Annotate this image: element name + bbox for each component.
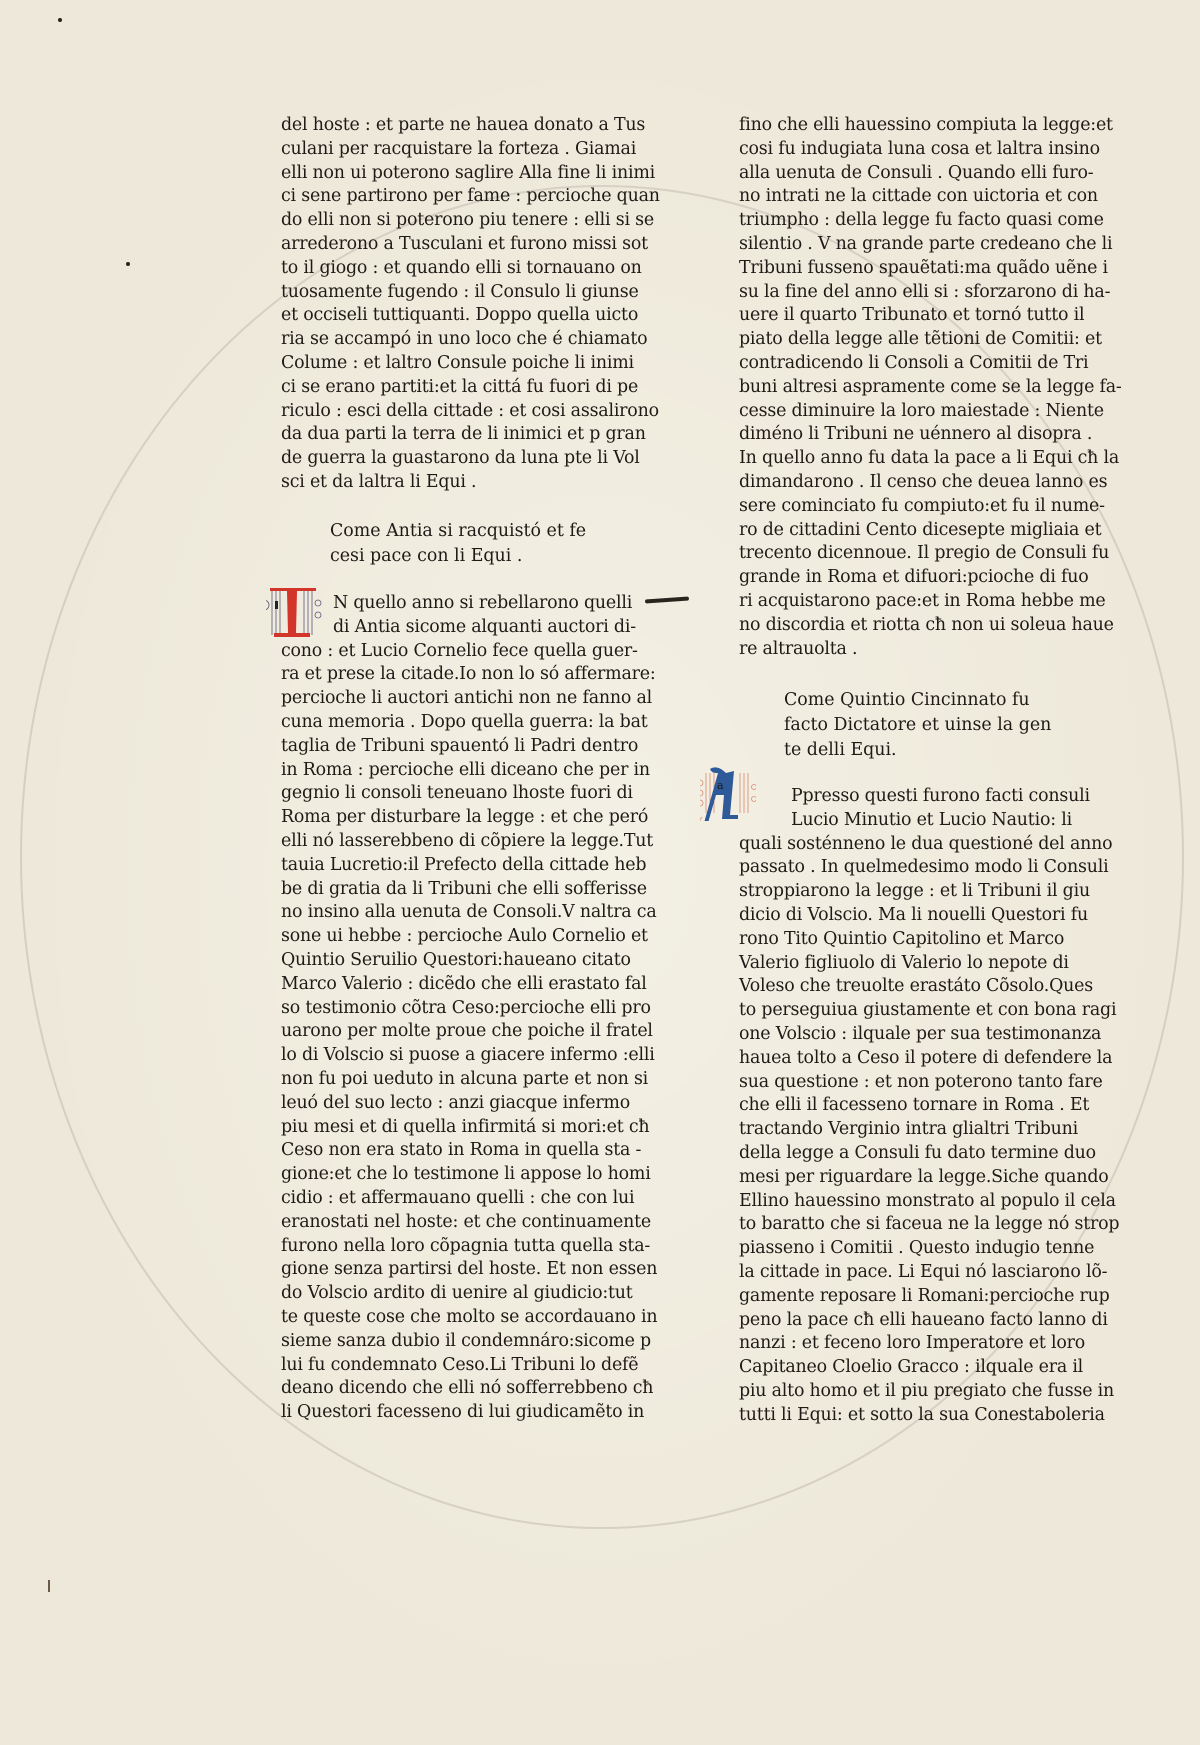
text-line: cesse diminuire la loro maiestade : Nien… — [739, 400, 1091, 424]
text-line: so testimonio cõtra Ceso:percioche elli … — [281, 997, 633, 1021]
text-line: Ellino hauessino monstrato al populo il … — [739, 1190, 1091, 1214]
text-line: lo di Volscio si puose a giacere infermo… — [281, 1044, 633, 1068]
text-line: gione:et che lo testimone li appose lo h… — [281, 1163, 633, 1187]
text-line: leuó del suo lecto : anzi giacque inferm… — [281, 1092, 633, 1116]
text-line: Quintio Seruilio Questori:haueano citato — [281, 949, 633, 973]
text-line: Marco Valerio : dicẽdo che elli erastato… — [281, 973, 633, 997]
right-chapter-heading: Come Quintio Cincinnato fufacto Dictator… — [784, 688, 1051, 763]
text-line: Voleso che treuolte erastáto Cõsolo.Ques — [739, 975, 1091, 999]
text-line: buni altresi aspramente come se la legge… — [739, 376, 1091, 400]
text-line: deano dicendo che elli nó sofferrebbeno … — [281, 1377, 633, 1401]
text-line: grande in Roma et difuori:pcioche di fuo — [739, 566, 1091, 590]
text-line: taglia de Tribuni spauentó li Padri dent… — [281, 735, 633, 759]
text-line: alla uenuta de Consuli . Quando elli fur… — [739, 162, 1091, 186]
text-line: stroppiarono la legge : et li Tribuni il… — [739, 880, 1091, 904]
text-line: piato della legge alle tẽtioni de Comiti… — [739, 328, 1091, 352]
text-line: et occiseli tuttiquanti. Doppo quella ui… — [281, 304, 633, 328]
text-line: do Volscio ardito di uenire al giudicio:… — [281, 1282, 633, 1306]
text-line: cuna memoria . Dopo quella guerra: la ba… — [281, 711, 633, 735]
ink-speck — [126, 262, 130, 266]
text-line: tuosamente fugendo : il Consulo li giuns… — [281, 281, 633, 305]
text-line: uarono per molte proue che poiche il fra… — [281, 1020, 633, 1044]
text-line: cesi pace con li Equi . — [330, 544, 586, 569]
text-line: cosi fu indugiata luna cosa et laltra in… — [739, 138, 1091, 162]
text-line: re altrauolta . — [739, 638, 1091, 662]
text-line: elli nó lasserebbeno di cõpiere la legge… — [281, 830, 633, 854]
text-line: sua questione : et non poterono tanto fa… — [739, 1071, 1091, 1095]
left-column-paragraph-2: N quello anno si rebellarono quellidi An… — [281, 592, 633, 1425]
text-line: Capitaneo Cloelio Gracco : ilquale era i… — [739, 1356, 1091, 1380]
text-line: la cittade in pace. Li Equi nó lasciaron… — [739, 1261, 1091, 1285]
text-line: contradicendo li Consoli a Comitii de Tr… — [739, 352, 1091, 376]
text-line: su la fine del anno elli si : sforzarono… — [739, 281, 1091, 305]
right-column-paragraph-1: fino che elli hauessino compiuta la legg… — [739, 114, 1091, 661]
text-line: to baratto che si faceua ne la legge nó … — [739, 1213, 1091, 1237]
text-line: be di gratia da li Tribuni che elli soff… — [281, 878, 633, 902]
text-line: facto Dictatore et uinse la gen — [784, 713, 1051, 738]
left-chapter-heading: Come Antia si racquistó et fecesi pace c… — [330, 519, 586, 569]
text-line: li Questori facesseno di lui giudicamẽto… — [281, 1401, 633, 1425]
manuscript-page: del hoste : et parte ne hauea donato a T… — [0, 0, 1200, 1745]
text-line: uere il quarto Tribunato et tornó tutto … — [739, 304, 1091, 328]
text-line: trecento dicennoue. Il pregio de Consuli… — [739, 542, 1091, 566]
text-line: ci sene partirono per fame : percioche q… — [281, 185, 633, 209]
text-line: triumpho : della legge fu facto quasi co… — [739, 209, 1091, 233]
text-line: cono : et Lucio Cornelio fece quella gue… — [281, 640, 633, 664]
text-line: dicio di Volscio. Ma li nouelli Questori… — [739, 904, 1091, 928]
text-line: Valerio figliuolo di Valerio lo nepote d… — [739, 952, 1091, 976]
text-line: N quello anno si rebellarono quelli — [281, 592, 633, 616]
text-line: do elli non si poterono piu tenere : ell… — [281, 209, 633, 233]
text-line: in Roma : percioche elli diceano che per… — [281, 759, 633, 783]
text-line: sone ui hebbe : percioche Aulo Cornelio … — [281, 925, 633, 949]
text-line: no discordia et riotta cħ non ui soleua … — [739, 614, 1091, 638]
text-line: Come Antia si racquistó et fe — [330, 519, 586, 544]
text-line: silentio . V na grande parte credeano ch… — [739, 233, 1091, 257]
text-line: rono Tito Quintio Capitolino et Marco — [739, 928, 1091, 952]
text-line: Ceso non era stato in Roma in quella sta… — [281, 1139, 633, 1163]
text-line: de guerra la guastarono da luna pte li V… — [281, 447, 633, 471]
text-line: percioche li auctori antichi non ne fann… — [281, 687, 633, 711]
text-line: Tribuni fusseno spauẽtati:ma quãdo uẽne … — [739, 257, 1091, 281]
text-line: tutti li Equi: et sotto la sua Conestabo… — [739, 1404, 1091, 1428]
text-line: tauia Lucretio:il Prefecto della cittade… — [281, 854, 633, 878]
text-line: Lucio Minutio et Lucio Nautio: li — [739, 809, 1091, 833]
text-line: riculo : esci della cittade : et cosi as… — [281, 400, 633, 424]
text-line: diméno li Tribuni ne uénnero al disopra … — [739, 423, 1091, 447]
text-line: sere cominciato fu compiuto:et fu il num… — [739, 495, 1091, 519]
text-line: ra et prese la citade.Io non lo só affer… — [281, 663, 633, 687]
text-line: furono nella loro cõpagnia tutta quella … — [281, 1235, 633, 1259]
text-line: no insino alla uenuta de Consoli.V naltr… — [281, 901, 633, 925]
text-line: Roma per disturbare la legge : et che pe… — [281, 806, 633, 830]
right-column-paragraph-2: Ppresso questi furono facti consuliLucio… — [739, 785, 1091, 1428]
text-line: peno la pace cħ elli haueano facto lanno… — [739, 1309, 1091, 1333]
text-line: to il giogo : et quando elli si tornauan… — [281, 257, 633, 281]
text-line: fino che elli hauessino compiuta la legg… — [739, 114, 1091, 138]
text-line: gione senza partirsi del hoste. Et non e… — [281, 1258, 633, 1282]
text-line: ro de cittadini Cento dicesepte migliaia… — [739, 519, 1091, 543]
text-line: piu mesi et di quella infirmitá si mori:… — [281, 1116, 633, 1140]
text-line: che elli il facesseno tornare in Roma . … — [739, 1094, 1091, 1118]
text-line: piu alto homo et il piu pregiato che fus… — [739, 1380, 1091, 1404]
text-line: dimandarono . Il censo che deuea lanno e… — [739, 471, 1091, 495]
text-line: te queste cose che molto se accordauano … — [281, 1306, 633, 1330]
text-line: passato . In quelmedesimo modo li Consul… — [739, 856, 1091, 880]
text-line: ria se accampó in uno loco che é chiamat… — [281, 328, 633, 352]
text-line: cidio : et affermauano quelli : che con … — [281, 1187, 633, 1211]
text-line: ci se erano partiti:et la cittá fu fuori… — [281, 376, 633, 400]
text-line: culani per racquistare la forteza . Giam… — [281, 138, 633, 162]
text-line: della legge a Consuli fu dato termine du… — [739, 1142, 1091, 1166]
text-line: eranostati nel hoste: et che continuamen… — [281, 1211, 633, 1235]
text-line: In quello anno fu data la pace a li Equi… — [739, 447, 1091, 471]
text-line: sci et da laltra li Equi . — [281, 471, 633, 495]
text-line: Colume : et laltro Consule poiche li ini… — [281, 352, 633, 376]
guide-letter: a — [717, 779, 724, 792]
text-line: te delli Equi. — [784, 738, 1051, 763]
text-line: one Volscio : ilquale per sua testimonan… — [739, 1023, 1091, 1047]
text-line: elli non ui poterono saglire Alla fine l… — [281, 162, 633, 186]
margin-mark — [48, 1580, 50, 1592]
text-line: piasseno i Comitii . Questo indugio tenn… — [739, 1237, 1091, 1261]
left-column-paragraph-1: del hoste : et parte ne hauea donato a T… — [281, 114, 633, 495]
ink-speck — [58, 18, 62, 22]
text-line: mesi per riguardare la legge.Siche quand… — [739, 1166, 1091, 1190]
text-line: del hoste : et parte ne hauea donato a T… — [281, 114, 633, 138]
text-line: tractando Verginio intra glialtri Tribun… — [739, 1118, 1091, 1142]
text-line: da dua parti la terra de li inimici et p… — [281, 423, 633, 447]
text-line: di Antia sicome alquanti auctori di- — [281, 616, 633, 640]
text-line: non fu poi ueduto in alcuna parte et non… — [281, 1068, 633, 1092]
margin-dash-mark — [645, 596, 689, 603]
text-line: hauea tolto a Ceso il potere di defender… — [739, 1047, 1091, 1071]
text-line: sieme sanza dubio il condemnáro:sicome p — [281, 1330, 633, 1354]
text-line: ri acquistarono pace:et in Roma hebbe me — [739, 590, 1091, 614]
text-line: nanzi : et feceno loro Imperatore et lor… — [739, 1332, 1091, 1356]
text-line: to perseguiua giustamente et con bona ra… — [739, 999, 1091, 1023]
text-line: quali sosténneno le dua questioné del an… — [739, 833, 1091, 857]
text-line: gamente reposare li Romani:percioche rup — [739, 1285, 1091, 1309]
text-line: Come Quintio Cincinnato fu — [784, 688, 1051, 713]
text-line: no intrati ne la cittade con uictoria et… — [739, 185, 1091, 209]
text-line: gegnio li consoli teneuano lhoste fuori … — [281, 782, 633, 806]
text-line: lui fu condemnato Ceso.Li Tribuni lo def… — [281, 1354, 633, 1378]
text-line: arrederono a Tusculani et furono missi s… — [281, 233, 633, 257]
text-line: Ppresso questi furono facti consuli — [739, 785, 1091, 809]
